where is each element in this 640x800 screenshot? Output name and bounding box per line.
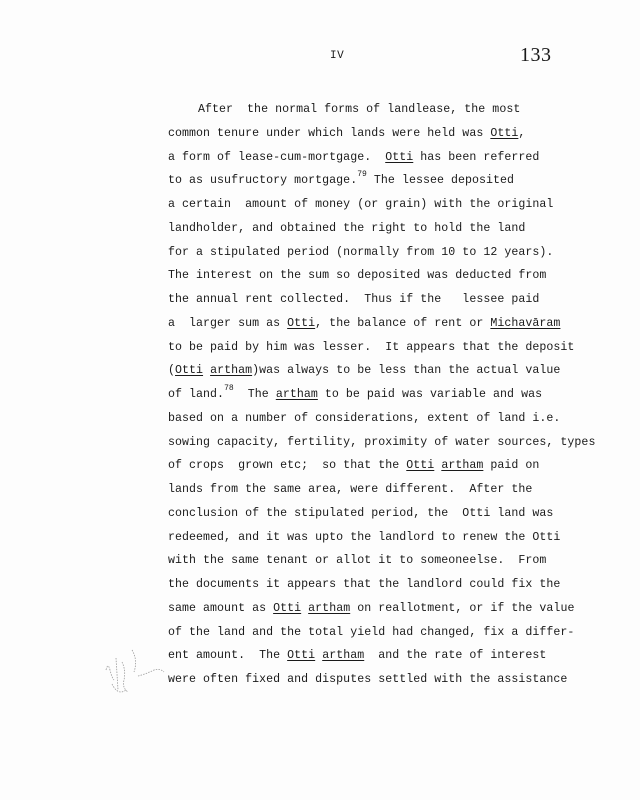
text-segment: of crops grown etc; so that the — [168, 459, 406, 472]
document-page: IV 133 After the normal forms of landlea… — [0, 0, 640, 800]
text-segment: and the rate of interest — [364, 649, 546, 662]
text-segment: landholder, and obtained the right to ho… — [168, 222, 525, 235]
underlined-term: Otti — [175, 364, 203, 377]
text-line: conclusion of the stipulated period, the… — [168, 502, 608, 526]
text-line: a form of lease-cum-mortgage. Otti has b… — [168, 146, 608, 170]
underlined-term: Otti — [287, 317, 315, 330]
handwritten-margin-scribble-icon — [98, 640, 168, 710]
underlined-term: Otti — [273, 602, 301, 615]
text-segment: ent amount. The — [168, 649, 287, 662]
text-segment: , — [518, 127, 525, 140]
text-line: lands from the same area, were different… — [168, 478, 608, 502]
text-line: ent amount. The Otti artham and the rate… — [168, 644, 608, 668]
underlined-term: artham — [308, 602, 350, 615]
underlined-term: Otti — [406, 459, 434, 472]
text-segment: based on a number of considerations, ext… — [168, 412, 560, 425]
text-segment: redeemed, and it was upto the landlord t… — [168, 531, 560, 544]
text-line: sowing capacity, fertility, proximity of… — [168, 431, 608, 455]
page-number: 133 — [520, 44, 552, 67]
text-line: based on a number of considerations, ext… — [168, 407, 608, 431]
text-line: with the same tenant or allot it to some… — [168, 549, 608, 573]
text-line: to as usufructory mortgage.79 The lessee… — [168, 169, 608, 193]
text-line: of the land and the total yield had chan… — [168, 621, 608, 645]
text-segment: The lessee deposited — [367, 174, 514, 187]
text-segment: )was always to be less than the actual v… — [252, 364, 560, 377]
text-segment: The — [234, 388, 276, 401]
text-segment: the annual rent collected. Thus if the l… — [168, 293, 539, 306]
text-line: for a stipulated period (normally from 1… — [168, 241, 608, 265]
text-segment: to as usufructory mortgage. — [168, 174, 357, 187]
text-segment: the documents it appears that the landlo… — [168, 578, 560, 591]
text-line: same amount as Otti artham on reallotmen… — [168, 597, 608, 621]
underlined-term: Otti — [490, 127, 518, 140]
text-segment: conclusion of the stipulated period, the… — [168, 507, 553, 520]
text-segment: sowing capacity, fertility, proximity of… — [168, 436, 595, 449]
text-segment — [203, 364, 210, 377]
text-segment: of land. — [168, 388, 224, 401]
text-segment: for a stipulated period (normally from 1… — [168, 246, 553, 259]
text-line: the documents it appears that the landlo… — [168, 573, 608, 597]
text-segment: has been referred — [413, 151, 539, 164]
text-segment: with the same tenant or allot it to some… — [168, 554, 546, 567]
underlined-term: artham — [441, 459, 483, 472]
text-line: a larger sum as Otti, the balance of ren… — [168, 312, 608, 336]
text-segment: to be paid by him was lesser. It appears… — [168, 341, 574, 354]
text-segment: to be paid was variable and was — [318, 388, 542, 401]
text-segment: , the balance of rent or — [315, 317, 490, 330]
text-segment: a certain amount of money (or grain) wit… — [168, 198, 553, 211]
text-segment: a larger sum as — [168, 317, 287, 330]
text-line: The interest on the sum so deposited was… — [168, 264, 608, 288]
text-line: common tenure under which lands were hel… — [168, 122, 608, 146]
text-segment: same amount as — [168, 602, 273, 615]
underlined-term: Otti — [287, 649, 315, 662]
text-segment: were often fixed and disputes settled wi… — [168, 673, 567, 686]
underlined-term: artham — [322, 649, 364, 662]
footnote-ref: 79 — [357, 170, 367, 179]
text-segment: a form of lease-cum-mortgage. — [168, 151, 385, 164]
text-line: landholder, and obtained the right to ho… — [168, 217, 608, 241]
body-paragraph: After the normal forms of landlease, the… — [168, 98, 608, 692]
text-line: were often fixed and disputes settled wi… — [168, 668, 608, 692]
text-line: the annual rent collected. Thus if the l… — [168, 288, 608, 312]
underlined-term: Michavāram — [490, 317, 560, 330]
footnote-ref: 78 — [224, 384, 234, 393]
underlined-term: artham — [276, 388, 318, 401]
text-line: of crops grown etc; so that the Otti art… — [168, 454, 608, 478]
text-segment: paid on — [483, 459, 539, 472]
text-line: redeemed, and it was upto the landlord t… — [168, 526, 608, 550]
text-segment: ( — [168, 364, 175, 377]
text-line: (Otti artham)was always to be less than … — [168, 359, 608, 383]
text-segment: After the normal forms of landlease, the… — [198, 103, 520, 116]
text-segment: The interest on the sum so deposited was… — [168, 269, 546, 282]
text-line: After the normal forms of landlease, the… — [168, 98, 608, 122]
text-segment: lands from the same area, were different… — [168, 483, 532, 496]
text-segment: common tenure under which lands were hel… — [168, 127, 490, 140]
text-line: a certain amount of money (or grain) wit… — [168, 193, 608, 217]
text-segment: on reallotment, or if the value — [350, 602, 574, 615]
text-line: of land.78 The artham to be paid was var… — [168, 383, 608, 407]
underlined-term: artham — [210, 364, 252, 377]
underlined-term: Otti — [385, 151, 413, 164]
text-segment: of the land and the total yield had chan… — [168, 626, 574, 639]
chapter-heading: IV — [330, 50, 344, 62]
text-line: to be paid by him was lesser. It appears… — [168, 336, 608, 360]
